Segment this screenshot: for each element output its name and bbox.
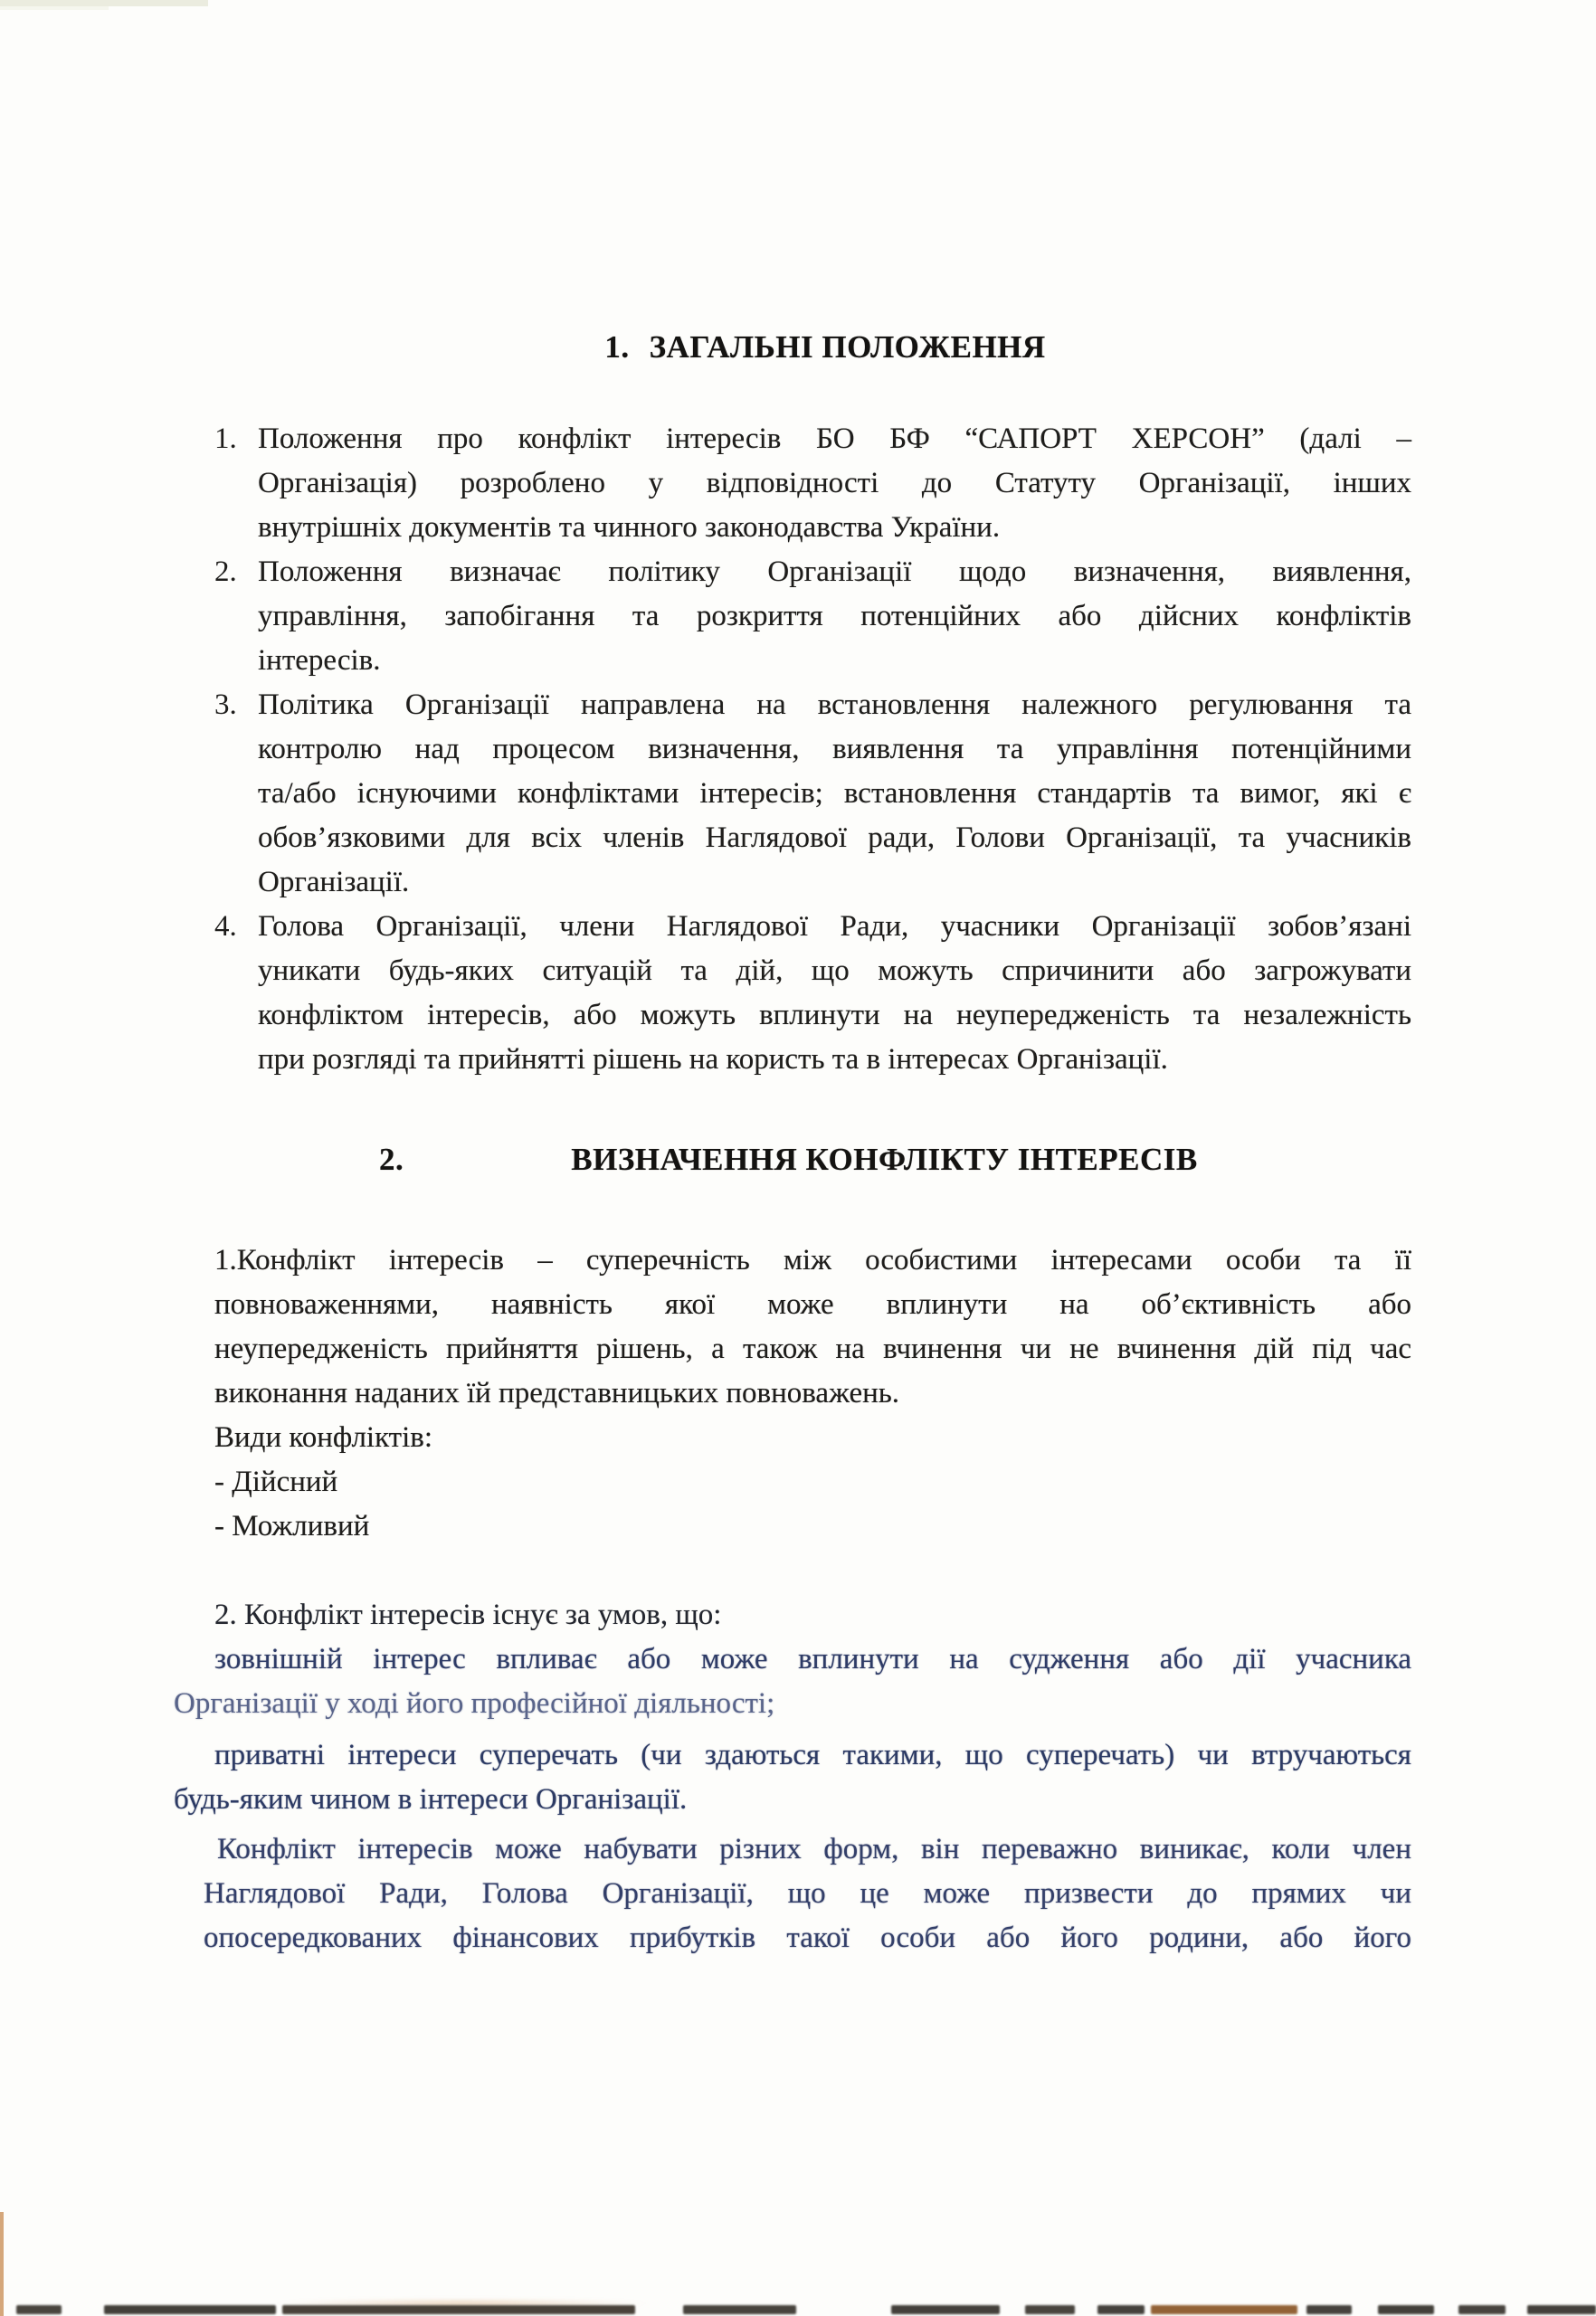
conditions-intro: 2. Конфлікт інтересів існує за умов, що: <box>214 1593 1411 1637</box>
list-item-2: 2. Положення визначає політику Організац… <box>0 550 1411 683</box>
definition-paragraph: 1.Конфлікт інтересів – суперечність між … <box>214 1239 1411 1416</box>
text-line: 1.Конфлікт інтересів – суперечність між … <box>214 1239 1411 1283</box>
scan-edge-segment <box>1306 2305 1352 2314</box>
text-line: конфліктом інтересів, або можуть вплинут… <box>258 993 1411 1038</box>
section2-title: ВИЗНАЧЕННЯ КОНФЛІКТУ ІНТЕРЕСІВ <box>571 1140 1197 1180</box>
scan-edge-segment <box>891 2305 1000 2314</box>
text-line: Конфлікт інтересів може набувати різних … <box>204 1827 1411 1872</box>
conflict-kind-actual: - Дійсний <box>214 1460 1411 1504</box>
section1-title: ЗАГАЛЬНІ ПОЛОЖЕННЯ <box>650 329 1046 365</box>
list-item-3: 3. Політика Організації направлена на вс… <box>0 683 1411 905</box>
condition-paragraph-1: зовнішній інтерес впливає або може вплин… <box>174 1637 1411 1726</box>
section2-heading: 2.ВИЗНАЧЕННЯ КОНФЛІКТУ ІНТЕРЕСІВ <box>0 1140 1596 1180</box>
list-item-4-number: 4. <box>214 905 237 949</box>
list-item-2-number: 2. <box>214 550 237 594</box>
text-line: Голова Організації, члени Наглядової Рад… <box>258 905 1411 949</box>
section2-number: 2. <box>379 1142 404 1177</box>
text-line: неупередженість прийняття рішень, а тако… <box>214 1327 1411 1372</box>
text-line: контролю над процесом визначення, виявле… <box>258 727 1411 772</box>
text-line: Політика Організації направлена на встан… <box>258 683 1411 727</box>
scan-edge-segment <box>16 2305 62 2314</box>
scan-edge-segment <box>1527 2305 1596 2314</box>
scan-edge-segment <box>1458 2305 1506 2314</box>
scan-edge-artifact-left <box>0 2212 4 2316</box>
scan-edge-artifact-bottom <box>0 2302 1596 2316</box>
section2-body: 1.Конфлікт інтересів – суперечність між … <box>0 1239 1411 1960</box>
text-line: Організація) розроблено у відповідності … <box>258 461 1411 506</box>
list-item-1-number: 1. <box>214 417 237 461</box>
conflict-kinds-label: Види конфліктів: <box>214 1416 1411 1460</box>
text-line: повноваженнями, наявність якої може впли… <box>214 1283 1411 1327</box>
scan-edge-segment <box>1151 2305 1297 2314</box>
text-line: Положення про конфлікт інтересів БО БФ “… <box>258 417 1411 461</box>
text-line: будь-яким чином в інтереси Організації. <box>174 1778 1411 1822</box>
section1-number: 1. <box>604 329 629 365</box>
document-content: 1.ЗАГАЛЬНІ ПОЛОЖЕННЯ 1. Положення про ко… <box>0 0 1596 1960</box>
scan-edge-segment <box>683 2305 796 2314</box>
text-line: інтересів. <box>258 639 1411 683</box>
text-line: обов’язковими для всіх членів Наглядової… <box>258 816 1411 860</box>
text-line: Положення визначає політику Організації … <box>258 550 1411 594</box>
document-page: 1.ЗАГАЛЬНІ ПОЛОЖЕННЯ 1. Положення про ко… <box>0 0 1596 2316</box>
text-line: Організації. <box>258 860 1411 905</box>
condition-paragraph-2: приватні інтереси суперечать (чи здаютьс… <box>174 1733 1411 1822</box>
conflict-kind-possible: - Можливий <box>214 1504 1411 1549</box>
section1-heading: 1.ЗАГАЛЬНІ ПОЛОЖЕННЯ <box>27 327 1596 367</box>
text-line: та/або існуючими конфліктами інтересів; … <box>258 772 1411 816</box>
scan-edge-segment <box>1025 2305 1075 2314</box>
list-item-1: 1. Положення про конфлікт інтересів БО Б… <box>0 417 1411 550</box>
scan-edge-segment <box>104 2305 276 2314</box>
scan-edge-segment <box>1097 2305 1145 2314</box>
text-line: при розгляді та прийнятті рішень на кори… <box>258 1038 1411 1082</box>
text-line: управління, запобігання та розкриття пот… <box>258 594 1411 639</box>
text-line: виконання наданих їй представницьких пов… <box>214 1372 1411 1416</box>
text-line: внутрішніх документів та чинного законод… <box>258 506 1411 550</box>
scan-edge-segment <box>282 2305 635 2314</box>
list-item-4: 4. Голова Організації, члени Наглядової … <box>0 905 1411 1082</box>
list-item-3-number: 3. <box>214 683 237 727</box>
scan-smudge <box>271 2299 651 2308</box>
text-line: опосередкованих фінансових прибутків так… <box>204 1916 1411 1960</box>
section1-list: 1. Положення про конфлікт інтересів БО Б… <box>0 417 1596 1082</box>
text-line: Наглядової Ради, Голова Організації, що … <box>204 1872 1411 1916</box>
text-line: приватні інтереси суперечать (чи здаютьс… <box>174 1733 1411 1778</box>
forms-paragraph: Конфлікт інтересів може набувати різних … <box>204 1827 1411 1960</box>
text-line: зовнішній інтерес впливає або може вплин… <box>174 1637 1411 1682</box>
text-line: Організації у ході його професійної діял… <box>174 1682 1411 1726</box>
scan-edge-segment <box>1378 2305 1434 2314</box>
text-line: уникати будь-яких ситуацій та дій, що мо… <box>258 949 1411 993</box>
